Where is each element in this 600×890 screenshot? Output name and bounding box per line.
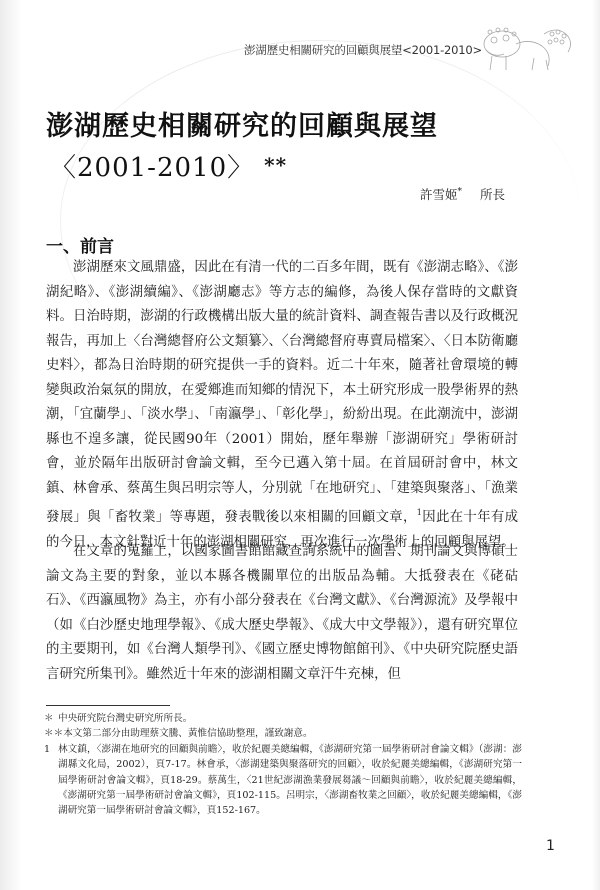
title-line-1: 澎湖歷史相關研究的回顧與展望 [46, 111, 438, 142]
page-edge [592, 0, 600, 890]
title-line-2: 〈2001-2010〉** [50, 146, 438, 187]
footnote-text: 林文鎮，〈澎湖在地研究的回顧與前瞻〉，收於紀麗美總編輯，《澎湖研究第一屆學術研討… [58, 742, 522, 819]
paragraph-text: 在文章的蒐羅上，以國家圖書館館藏查詢系統中的圖書、期刊論文與博碩士論文為主要的對… [46, 540, 518, 687]
title-date-range: 〈2001-2010〉 [50, 153, 254, 183]
page-gutter-shadow [0, 0, 22, 890]
page-number: 1 [546, 838, 555, 854]
author-name: 許雪姬 [420, 187, 458, 202]
author-line: 許雪姬* 所長 [420, 185, 505, 203]
stone-lion-icon [472, 22, 584, 74]
author-footnote-marker: * [458, 187, 463, 197]
footnote-item: ＊＊ 本文第二部分由助理蔡文騰、黃惟信協助整理，謹致謝意。 [44, 726, 522, 741]
title-footnote-marker: ** [264, 153, 287, 177]
body-paragraph-2: 在文章的蒐羅上，以國家圖書館館藏查詢系統中的圖書、期刊論文與博碩士論文為主要的對… [46, 540, 518, 687]
footnotes: ＊ 中央研究院台灣史研究所所長。 ＊＊ 本文第二部分由助理蔡文騰、黃惟信協助整理… [44, 711, 522, 819]
body-paragraph-1: 澎湖歷來文風鼎盛，因此在有清一代的二百多年間，既有《澎湖志略》、《澎湖紀略》、《… [46, 256, 518, 555]
footnote-item: ＊ 中央研究院台灣史研究所所長。 [44, 711, 522, 726]
paper-title: 澎湖歷史相關研究的回顧與展望 〈2001-2010〉** [46, 108, 438, 187]
footnote-label: 1 [44, 742, 58, 819]
footnote-item: 1 林文鎮，〈澎湖在地研究的回顧與前瞻〉，收於紀麗美總編輯，《澎湖研究第一屆學術… [44, 742, 522, 819]
paragraph-text: 澎湖歷來文風鼎盛，因此在有清一代的二百多年間，既有《澎湖志略》、《澎湖紀略》、《… [46, 260, 518, 525]
running-header: 澎湖歷史相關研究的回顧與展望<2001-2010> [244, 42, 482, 58]
footnote-divider [46, 705, 170, 706]
section-heading: 一、前言 [46, 232, 114, 257]
footnote-text: 中央研究院台灣史研究所所長。 [58, 711, 522, 726]
footnote-label: ＊＊ [44, 726, 63, 741]
footnote-label: ＊ [44, 711, 58, 726]
author-role: 所長 [480, 187, 505, 202]
footnote-text: 本文第二部分由助理蔡文騰、黃惟信協助整理，謹致謝意。 [63, 726, 522, 741]
